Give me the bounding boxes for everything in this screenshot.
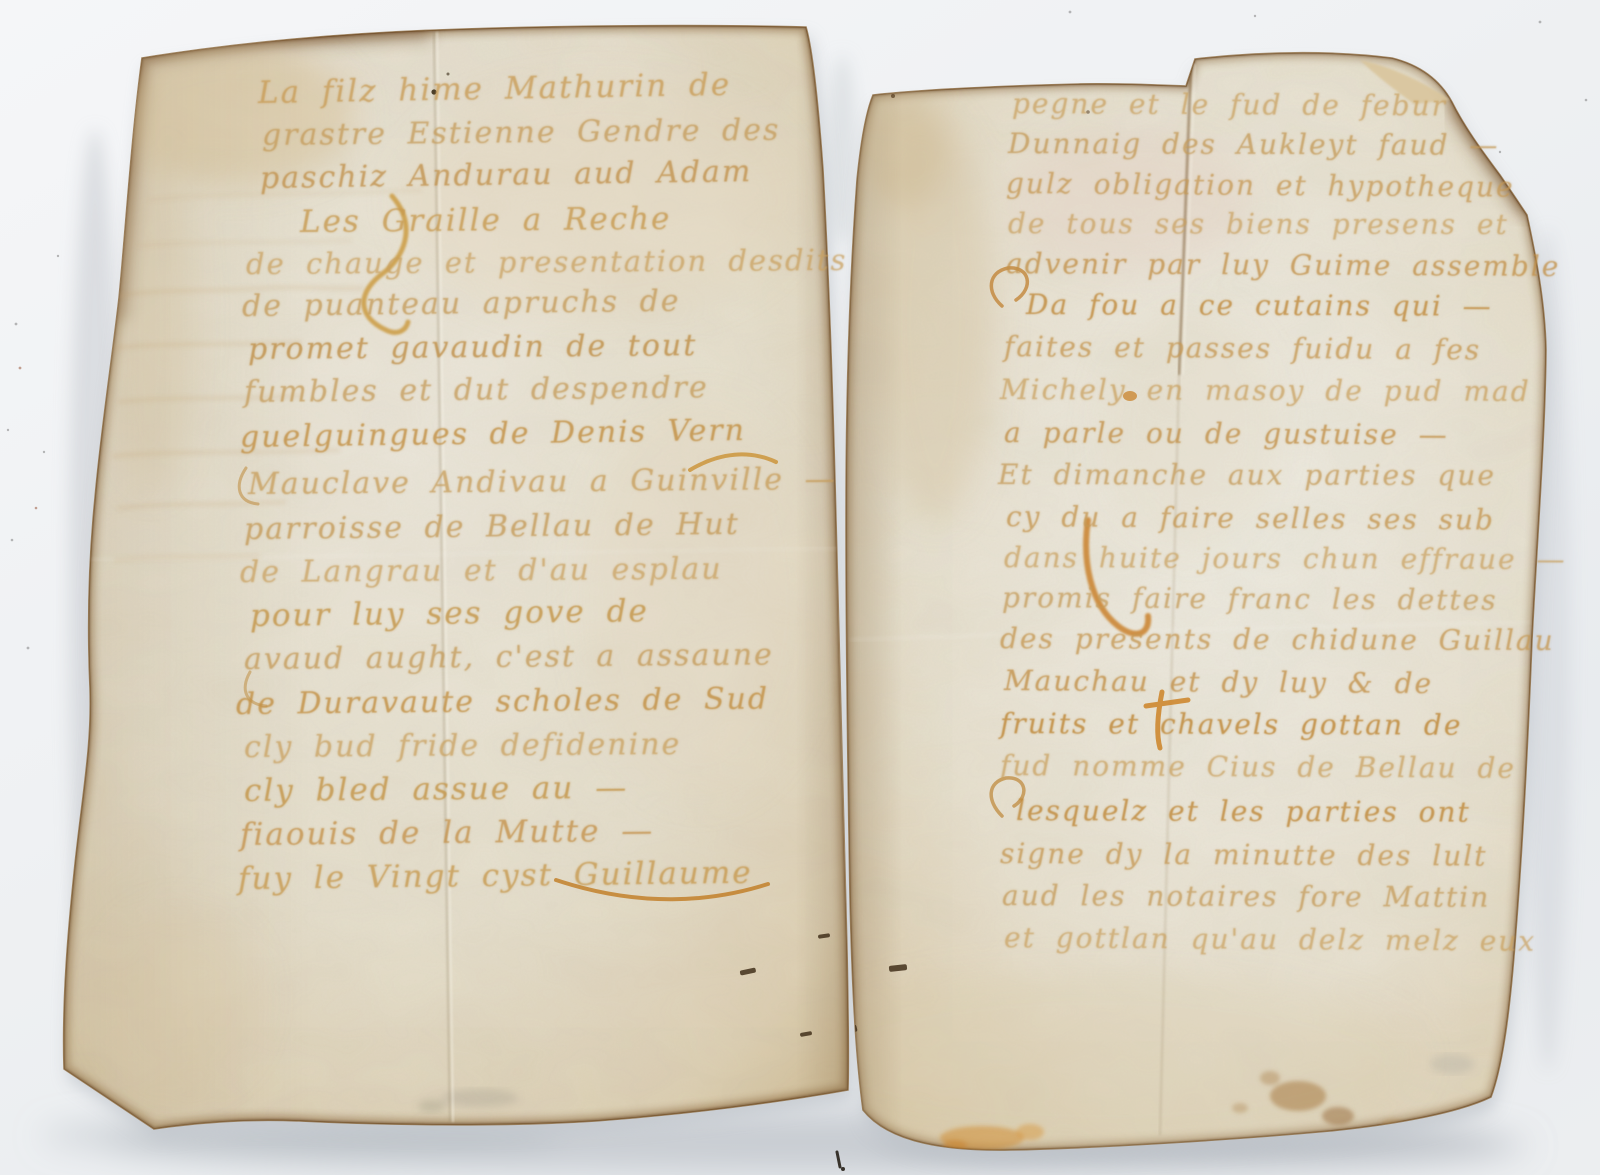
right-fold-shading [846,60,902,1140]
photo-of-manuscript: La filz hime Mathurin degrastre Estienne… [0,0,1600,1175]
parchment-artwork [0,0,1600,1175]
